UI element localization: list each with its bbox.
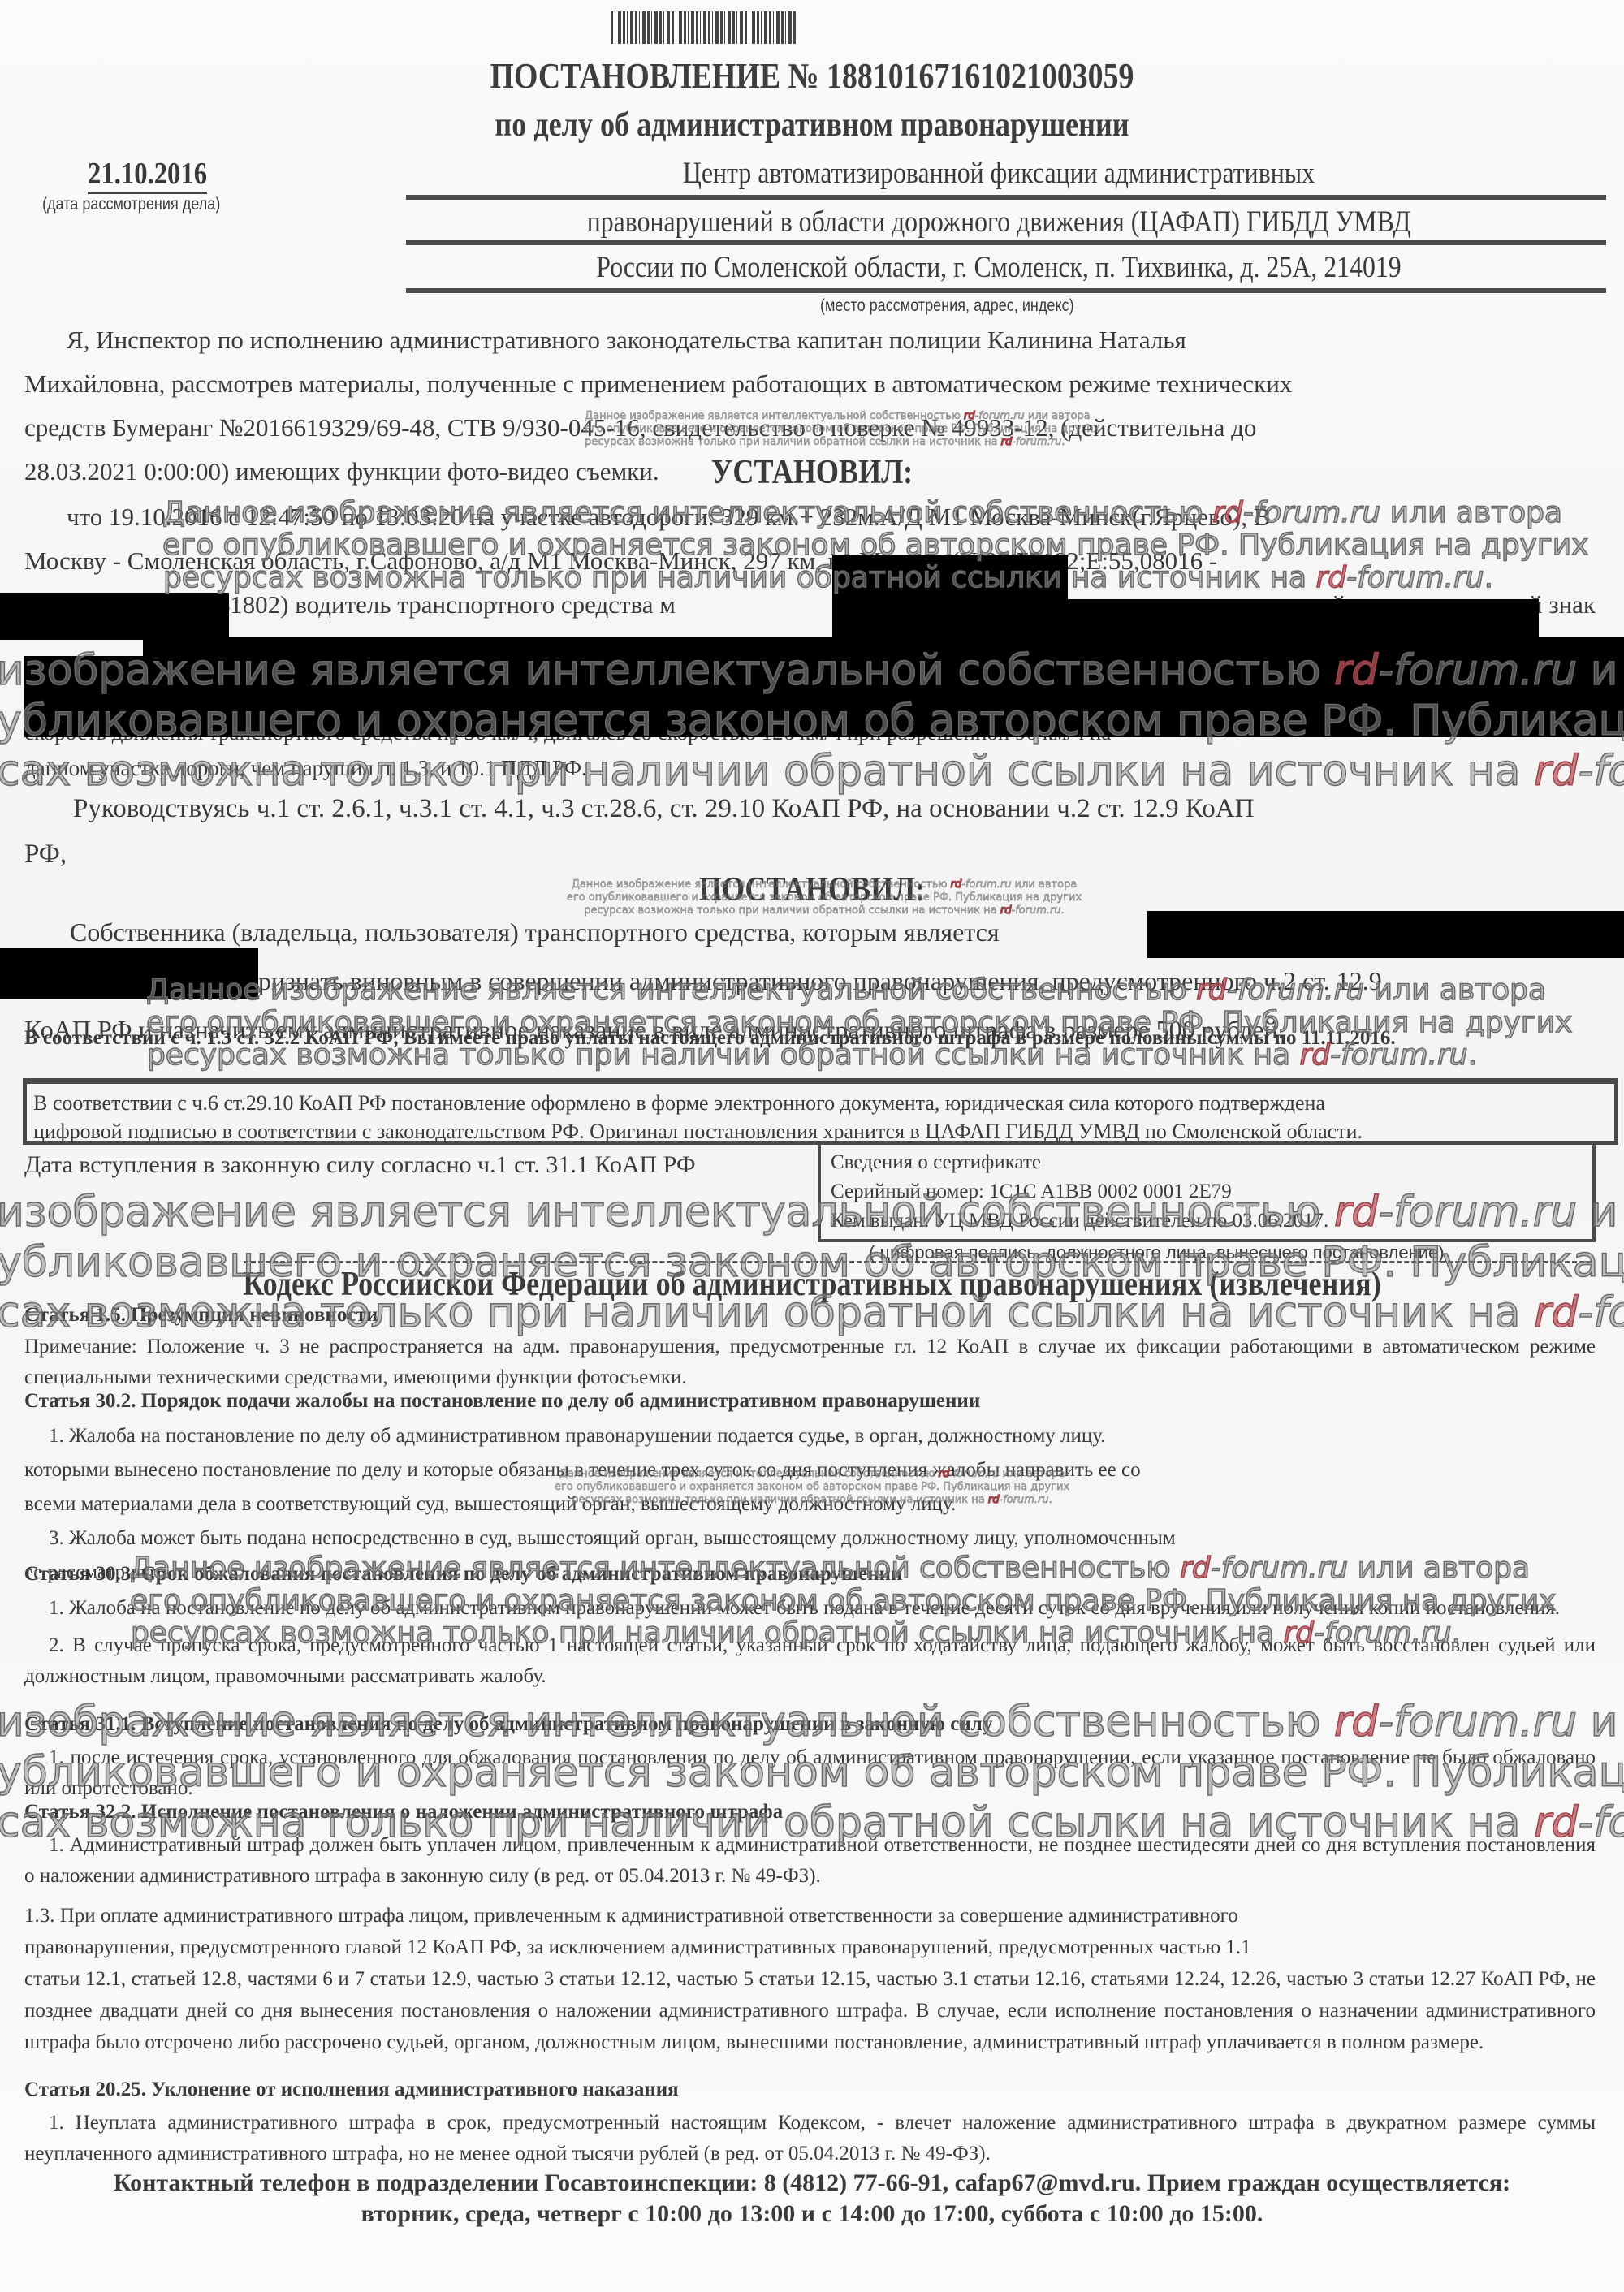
article-text: Примечание: Положение ч. 3 не распростра… [24, 1332, 1596, 1393]
rukovodstvuyas-paragraph: Руководствуясь ч.1 ст. 2.6.1, ч.3.1 ст. … [24, 786, 1596, 877]
article-paragraph: 1. Неуплата административного штрафа в с… [24, 2108, 1596, 2169]
article-paragraph: правонарушения, предусмотренного главой … [24, 1932, 1596, 1963]
ustanovil-line: Москву - Смоленская область, г.Сафоново,… [24, 539, 1596, 583]
review-date: 21.10.2016 [88, 156, 207, 194]
org-line-3: России по Смоленской области, г. Смоленс… [493, 250, 1505, 285]
ustanovil-line: данном участке дороги, чем нарушил п. 1.… [24, 750, 1596, 786]
article-title: Статья 30.2. Порядок подачи жалобы на по… [24, 1390, 980, 1413]
postanovil-heading: ПОСТАНОВИЛ: [114, 870, 1510, 909]
contact-line: вторник, среда, четверг с 10:00 до 13:00… [24, 2199, 1600, 2229]
ustanovil-line: что 19.10.2016 с 12:47:50 по 13:03:20 на… [24, 495, 1596, 539]
article-title: Статья 20.25. Уклонение от исполнения ад… [24, 2078, 679, 2101]
article-title: Статья 31.1. Вступление постановления по… [24, 1713, 992, 1736]
article-title: Статья 32.2. Исполнение постановления о … [24, 1801, 783, 1824]
redaction-block [1147, 911, 1624, 958]
notice-line: В соответствии с ч.6 ст.29.10 КоАП РФ по… [33, 1089, 1608, 1117]
article-text: 1. Административный штраф должен быть уп… [24, 1830, 1596, 1892]
discount-note: В соответствии с ч. 1.3 ст. 32.2 КоАП РФ… [24, 1025, 1596, 1052]
review-date-caption: (дата рассмотрения дела) [42, 195, 220, 214]
org-line-1: Центр автоматизированной фиксации админи… [493, 156, 1505, 191]
underline-rule [406, 240, 1606, 245]
underline-rule [406, 195, 1606, 200]
kodeks-heading: Кодекс Российской Федерации об администр… [114, 1265, 1510, 1304]
org-line-2: правонарушений в области дорожного движе… [493, 205, 1505, 240]
redaction-block [24, 656, 1624, 737]
contact-info: Контактный телефон в подразделении Госав… [24, 2168, 1600, 2229]
article-paragraph: 1. Административный штраф должен быть уп… [24, 1830, 1596, 1892]
article-paragraph: статьи 12.1, статьей 12.8, частями 6 и 7… [24, 1963, 1596, 2058]
article-text: 1. Жалоба на постановление по делу об ад… [24, 1593, 1596, 1692]
intro-line: Михайловна, рассмотрев материалы, получе… [24, 362, 1596, 406]
certificate-box: Сведения о сертификате Серийный номер: 1… [818, 1145, 1596, 1242]
article-text: 1. Неуплата административного штрафа в с… [24, 2108, 1596, 2169]
redaction-block [0, 948, 258, 999]
document-page: ПОСТАНОВЛЕНИЕ № 18810167161021003059 по … [0, 0, 1624, 2292]
underline-rule [406, 288, 1606, 293]
dashed-divider [244, 1261, 1592, 1263]
contact-line: Контактный телефон в подразделении Госав… [24, 2168, 1600, 2199]
ustanovil-heading: УСТАНОВИЛ: [114, 453, 1510, 492]
entry-into-force-label: Дата вступления в законную силу согласно… [24, 1151, 696, 1179]
place-caption: (место рассмотрения, адрес, индекс) [820, 296, 1074, 316]
barcode [611, 11, 797, 44]
article-paragraph: которыми вынесено постановление по делу … [24, 1453, 1596, 1487]
article-paragraph: 1. после истечения срока, установленного… [24, 1742, 1596, 1804]
article-paragraph: 3. Жалоба может быть подана непосредстве… [24, 1522, 1596, 1556]
article-title: Статья 30.3. Срок обжалования постановле… [24, 1563, 902, 1586]
redaction-block [143, 637, 1624, 656]
rukovodstvuyas-line: Руководствуясь ч.1 ст. 2.6.1, ч.3.1 ст. … [24, 786, 1596, 831]
article-text: 1.3. При оплате административного штрафа… [24, 1900, 1596, 2058]
article-paragraph: 1.3. При оплате административного штрафа… [24, 1900, 1596, 1932]
certificate-issuer: Кем выдан: УЦ МВД России действителен по… [831, 1206, 1583, 1236]
certificate-serial: Серийный номер: 1C1C A1BB 0002 0001 2E79 [831, 1177, 1583, 1206]
article-paragraph: 1. Жалоба на постановление по делу об ад… [24, 1419, 1596, 1453]
notice-line: цифровой подписью в соответствии с закон… [33, 1117, 1608, 1146]
intro-line: средств Бумеранг №2016619329/69-48, СТВ … [24, 406, 1596, 450]
document-title: ПОСТАНОВЛЕНИЕ № 18810167161021003059 [114, 55, 1510, 97]
certificate-title: Сведения о сертификате [831, 1148, 1583, 1177]
redaction-block [0, 593, 229, 640]
article-title: Статья 1.5. Презумпция невиновности [24, 1304, 378, 1327]
electronic-document-notice: В соответствии с ч.6 ст.29.10 КоАП РФ по… [23, 1078, 1618, 1145]
article-paragraph: 2. В случае пропуска срока, предусмотрен… [24, 1630, 1596, 1692]
intro-line: Я, Инспектор по исполнению административ… [24, 318, 1596, 362]
article-text: 1. после истечения срока, установленного… [24, 1742, 1596, 1804]
document-subtitle: по делу об административном правонарушен… [114, 106, 1510, 145]
postanovil-line: ризнать виновным в совершении администра… [24, 956, 1596, 1005]
article-paragraph: 1. Жалоба на постановление по делу об ад… [24, 1593, 1596, 1624]
article-paragraph: всеми материалами дела в соответствующий… [24, 1487, 1596, 1522]
